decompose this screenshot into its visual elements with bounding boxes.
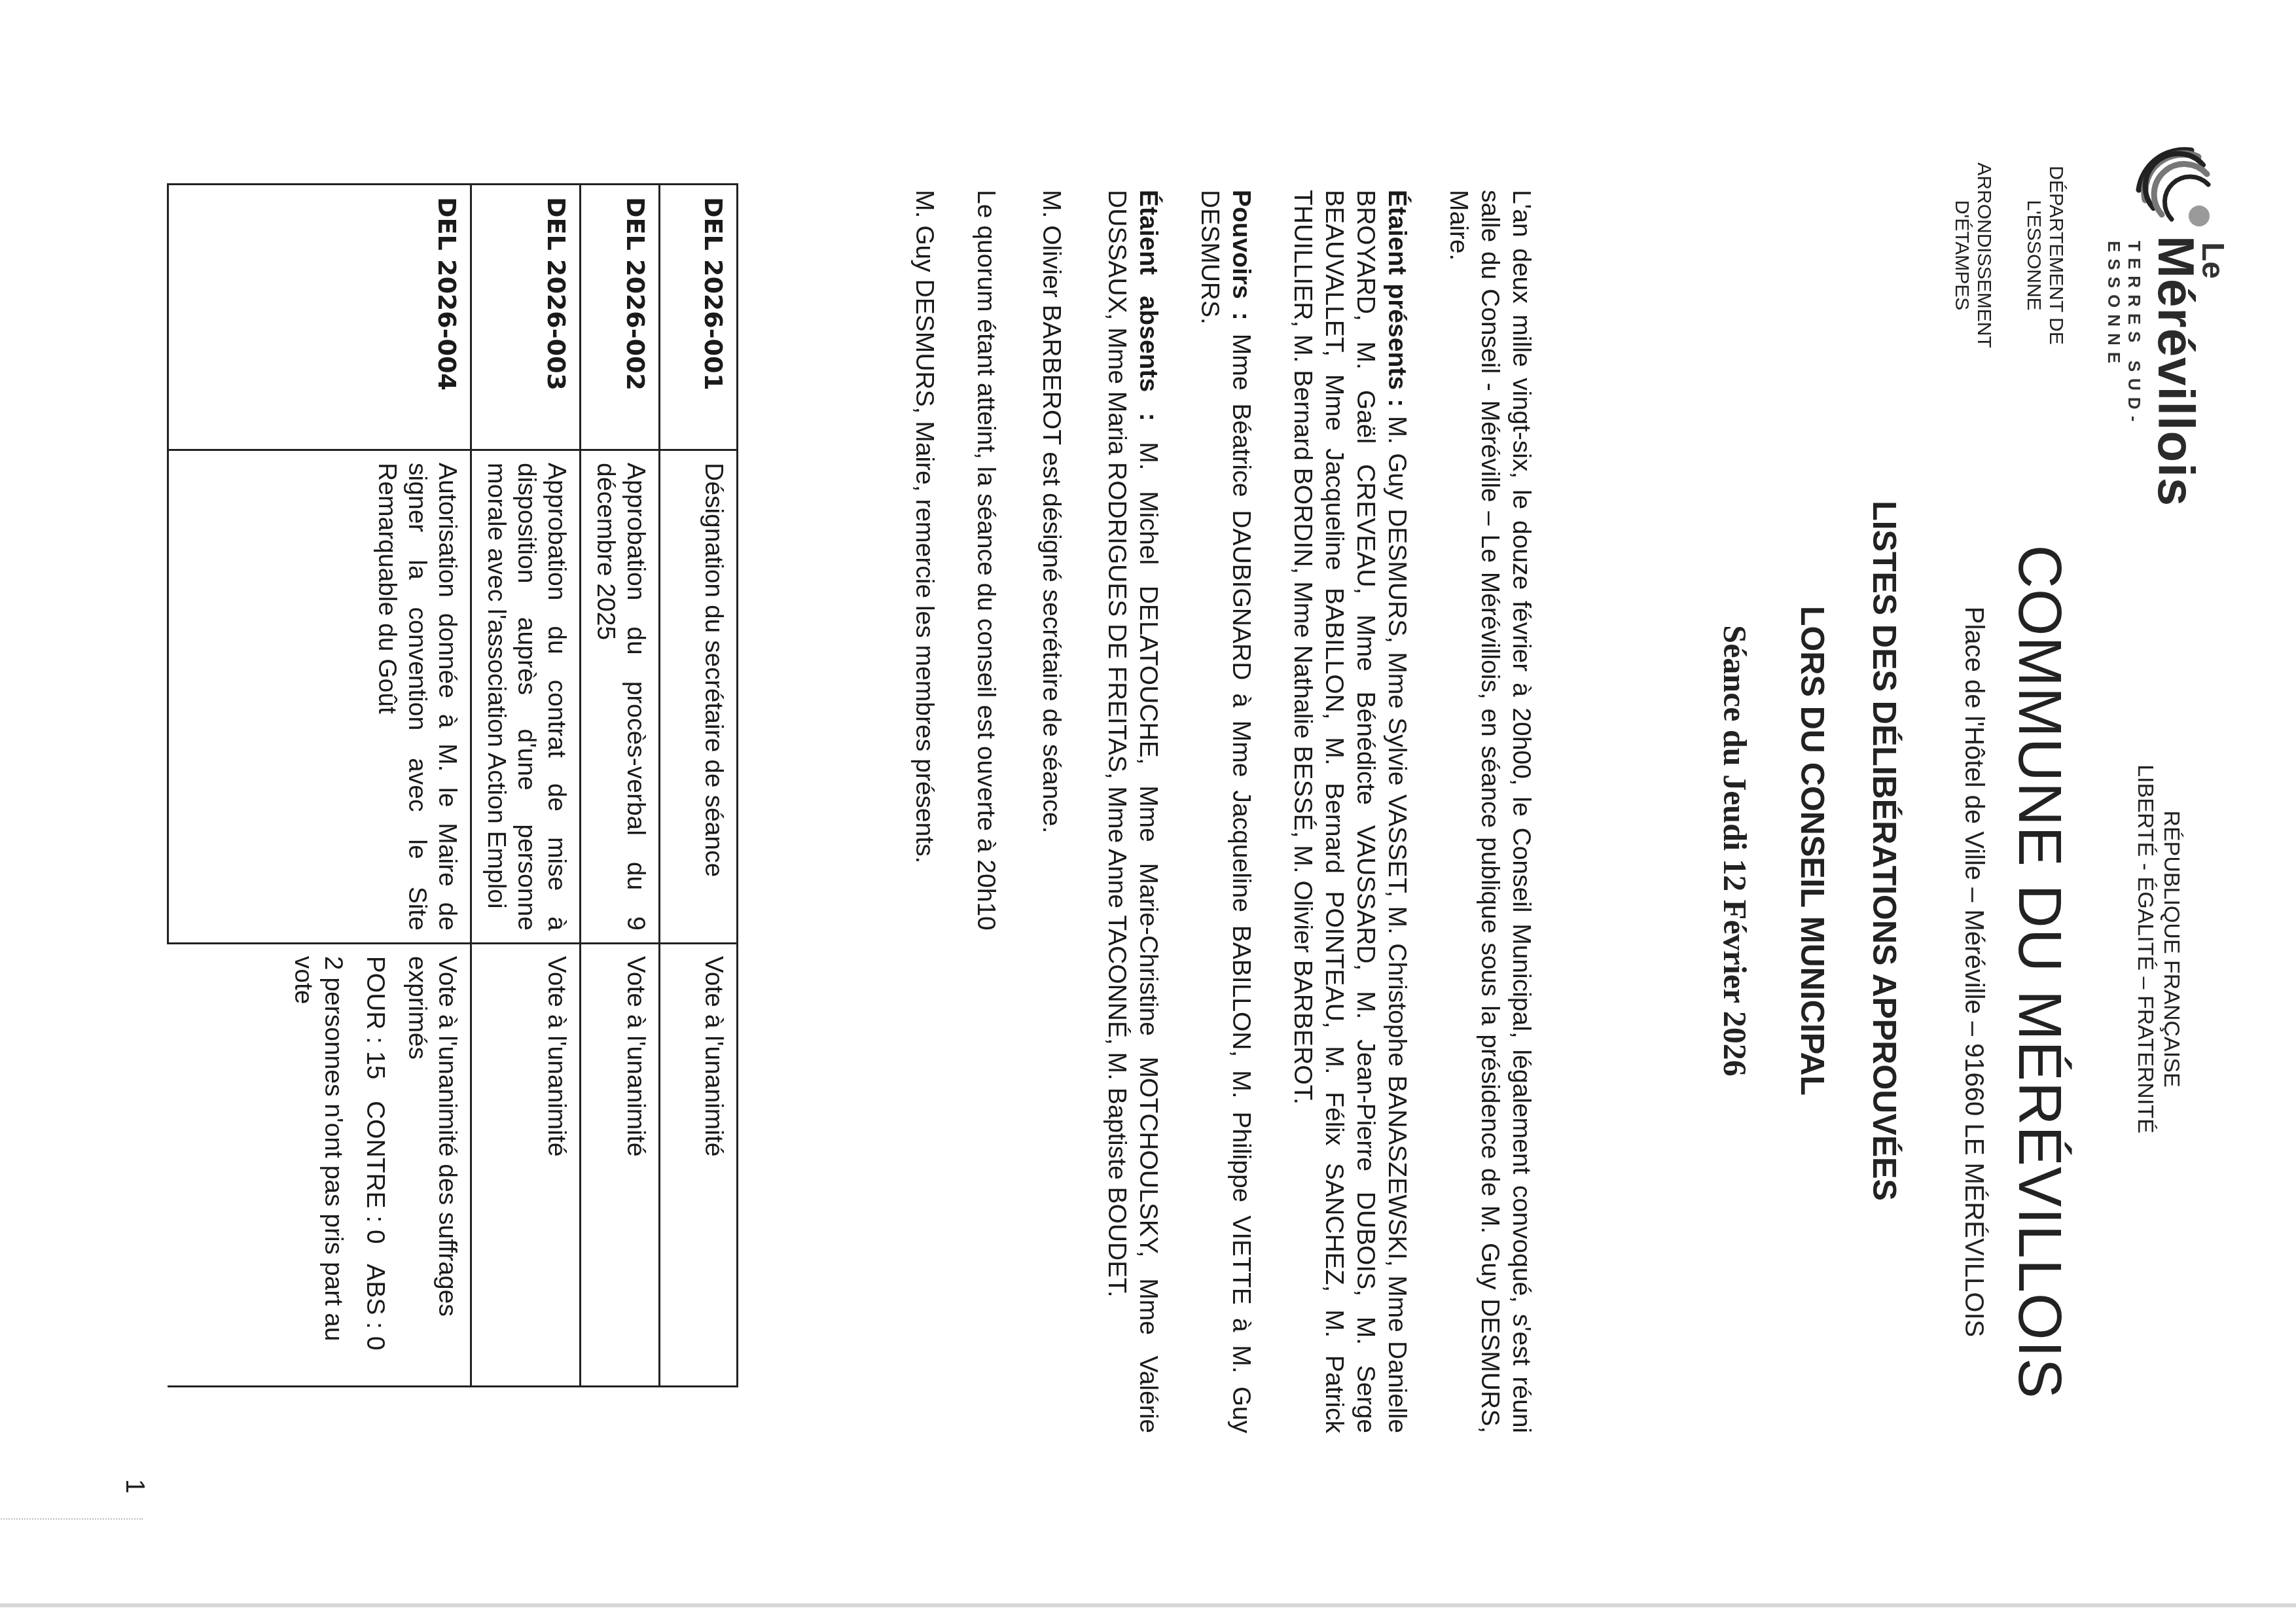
commune-address: Place de l'Hôtel de Ville – Méréville – … (1959, 497, 1988, 1446)
arrondissement-line-1: ARRONDISSEMENT (1973, 157, 1995, 353)
arrondissement-line-2: D'ÉTAMPES (1950, 157, 1973, 353)
absent-paragraph: Étaient absents : M. Michel DELATOUCHE, … (1101, 190, 1164, 1433)
table-row: DEL 2026-003 Approbation du contrat de m… (471, 185, 581, 1387)
deliberation-id: DEL 2026-002 (581, 185, 660, 450)
vote-result: Vote à l'unanimité des suffrages exprimé… (402, 956, 462, 1374)
commune-name: COMMUNE DU MÉRÉVILLOIS (2005, 497, 2073, 1446)
table-row: DEL 2026-002 Approbation du procès-verba… (581, 185, 660, 1387)
deliberation-object: Autorisation donnée à M. le Maire de sig… (363, 450, 471, 944)
proxy-label: Pouvoirs : (1227, 190, 1255, 321)
page-number: 1 (120, 1479, 149, 1493)
present-paragraph: Étaient présents : M. Guy DESMURS, Mme S… (1287, 190, 1412, 1433)
deliberation-vote: Vote à l'unanimité (581, 943, 660, 1386)
table-row: DEL 2026-004 Autorisation donnée à M. le… (363, 185, 471, 1387)
arrondissement-label: ARRONDISSEMENT D'ÉTAMPES (1950, 157, 1995, 353)
vote-note: 2 personnes n'ont pas pris part au vote (288, 956, 348, 1374)
deliberation-id: DEL 2026-001 (660, 185, 738, 450)
document-title: LISTES DES DÉLIBÉRATIONS APPROUVÉES (1865, 340, 1903, 1361)
deliberation-object: Approbation du procès-verbal du 9 décemb… (581, 450, 660, 944)
deliberations-table: DEL 2026-001 Désignation du secrétaire d… (167, 183, 738, 1387)
spiral-logo-icon (2126, 137, 2237, 242)
absent-label: Étaient absents : (1134, 190, 1162, 421)
session-date: Séance du Jeudi 12 Février 2026 (1716, 340, 1754, 1361)
document-subtitle: LORS DU CONSEIL MUNICIPAL (1793, 340, 1831, 1361)
deliberation-id: DEL 2026-003 (471, 185, 581, 450)
minutes-body: L'an deux mille vingt-six, le douze févr… (878, 190, 1537, 1433)
table-row: DEL 2026-001 Désignation du secrétaire d… (660, 185, 738, 1387)
empty-cell (168, 185, 363, 450)
document-page: Le Mérévillois TERRES SUD-ESSONNE DÉPART… (0, 0, 2296, 1623)
vote-result: Vote à l'unanimité (541, 956, 571, 1374)
vote-count: POUR : 15 CONTRE : 0 ABS : 0 (360, 956, 390, 1374)
vote-result: Vote à l'unanimité (620, 956, 651, 1374)
scan-edge (0, 1603, 2296, 1607)
republic-motto-text: LIBERTÉ - ÉGALITÉ – FRATERNITÉ (2132, 654, 2159, 1243)
thanks-paragraph: M. Guy DESMURS, Maire, remercie les memb… (908, 190, 940, 1433)
vote-result: Vote à l'unanimité (698, 956, 728, 1374)
deliberation-vote: Vote à l'unanimité des suffrages exprimé… (168, 943, 471, 1386)
deliberation-vote: Vote à l'unanimité (660, 943, 738, 1386)
deliberation-object: Approbation du contrat de mise à disposi… (471, 450, 581, 944)
deliberation-id: DEL 2026-004 (363, 185, 471, 450)
document-titles: LISTES DES DÉLIBÉRATIONS APPROUVÉES LORS… (1716, 340, 1903, 1361)
department-line-1: DÉPARTEMENT DE (2045, 157, 2067, 353)
deliberation-vote: Vote à l'unanimité (471, 943, 581, 1386)
proxy-paragraph: Pouvoirs : Mme Béatrice DAUBIGNARD à Mme… (1194, 190, 1257, 1433)
quorum-paragraph: Le quorum étant atteint, la séance du co… (970, 190, 1001, 1433)
empty-cell (168, 450, 363, 944)
logo-name: Mérévillois (2146, 236, 2206, 507)
republic-motto: RÉPUBLIQUE FRANÇAISE LIBERTÉ - ÉGALITÉ –… (2132, 654, 2185, 1243)
department-label: DÉPARTEMENT DE L'ESSONNE (2022, 157, 2067, 353)
intro-paragraph: L'an deux mille vingt-six, le douze févr… (1443, 190, 1537, 1433)
deliberation-object: Désignation du secrétaire de séance (660, 450, 738, 944)
department-line-2: L'ESSONNE (2022, 157, 2045, 353)
logo-tagline: TERRES SUD-ESSONNE (2104, 241, 2144, 438)
republic-name: RÉPUBLIQUE FRANÇAISE (2159, 654, 2185, 1243)
secretary-paragraph: M. Olivier BARBEROT est désigné secrétai… (1035, 190, 1067, 1433)
present-label: Étaient présents : (1383, 190, 1411, 407)
proxy-list: Mme Béatrice DAUBIGNARD à Mme Jacqueline… (1196, 190, 1255, 1433)
scan-artifact (0, 1518, 143, 1522)
